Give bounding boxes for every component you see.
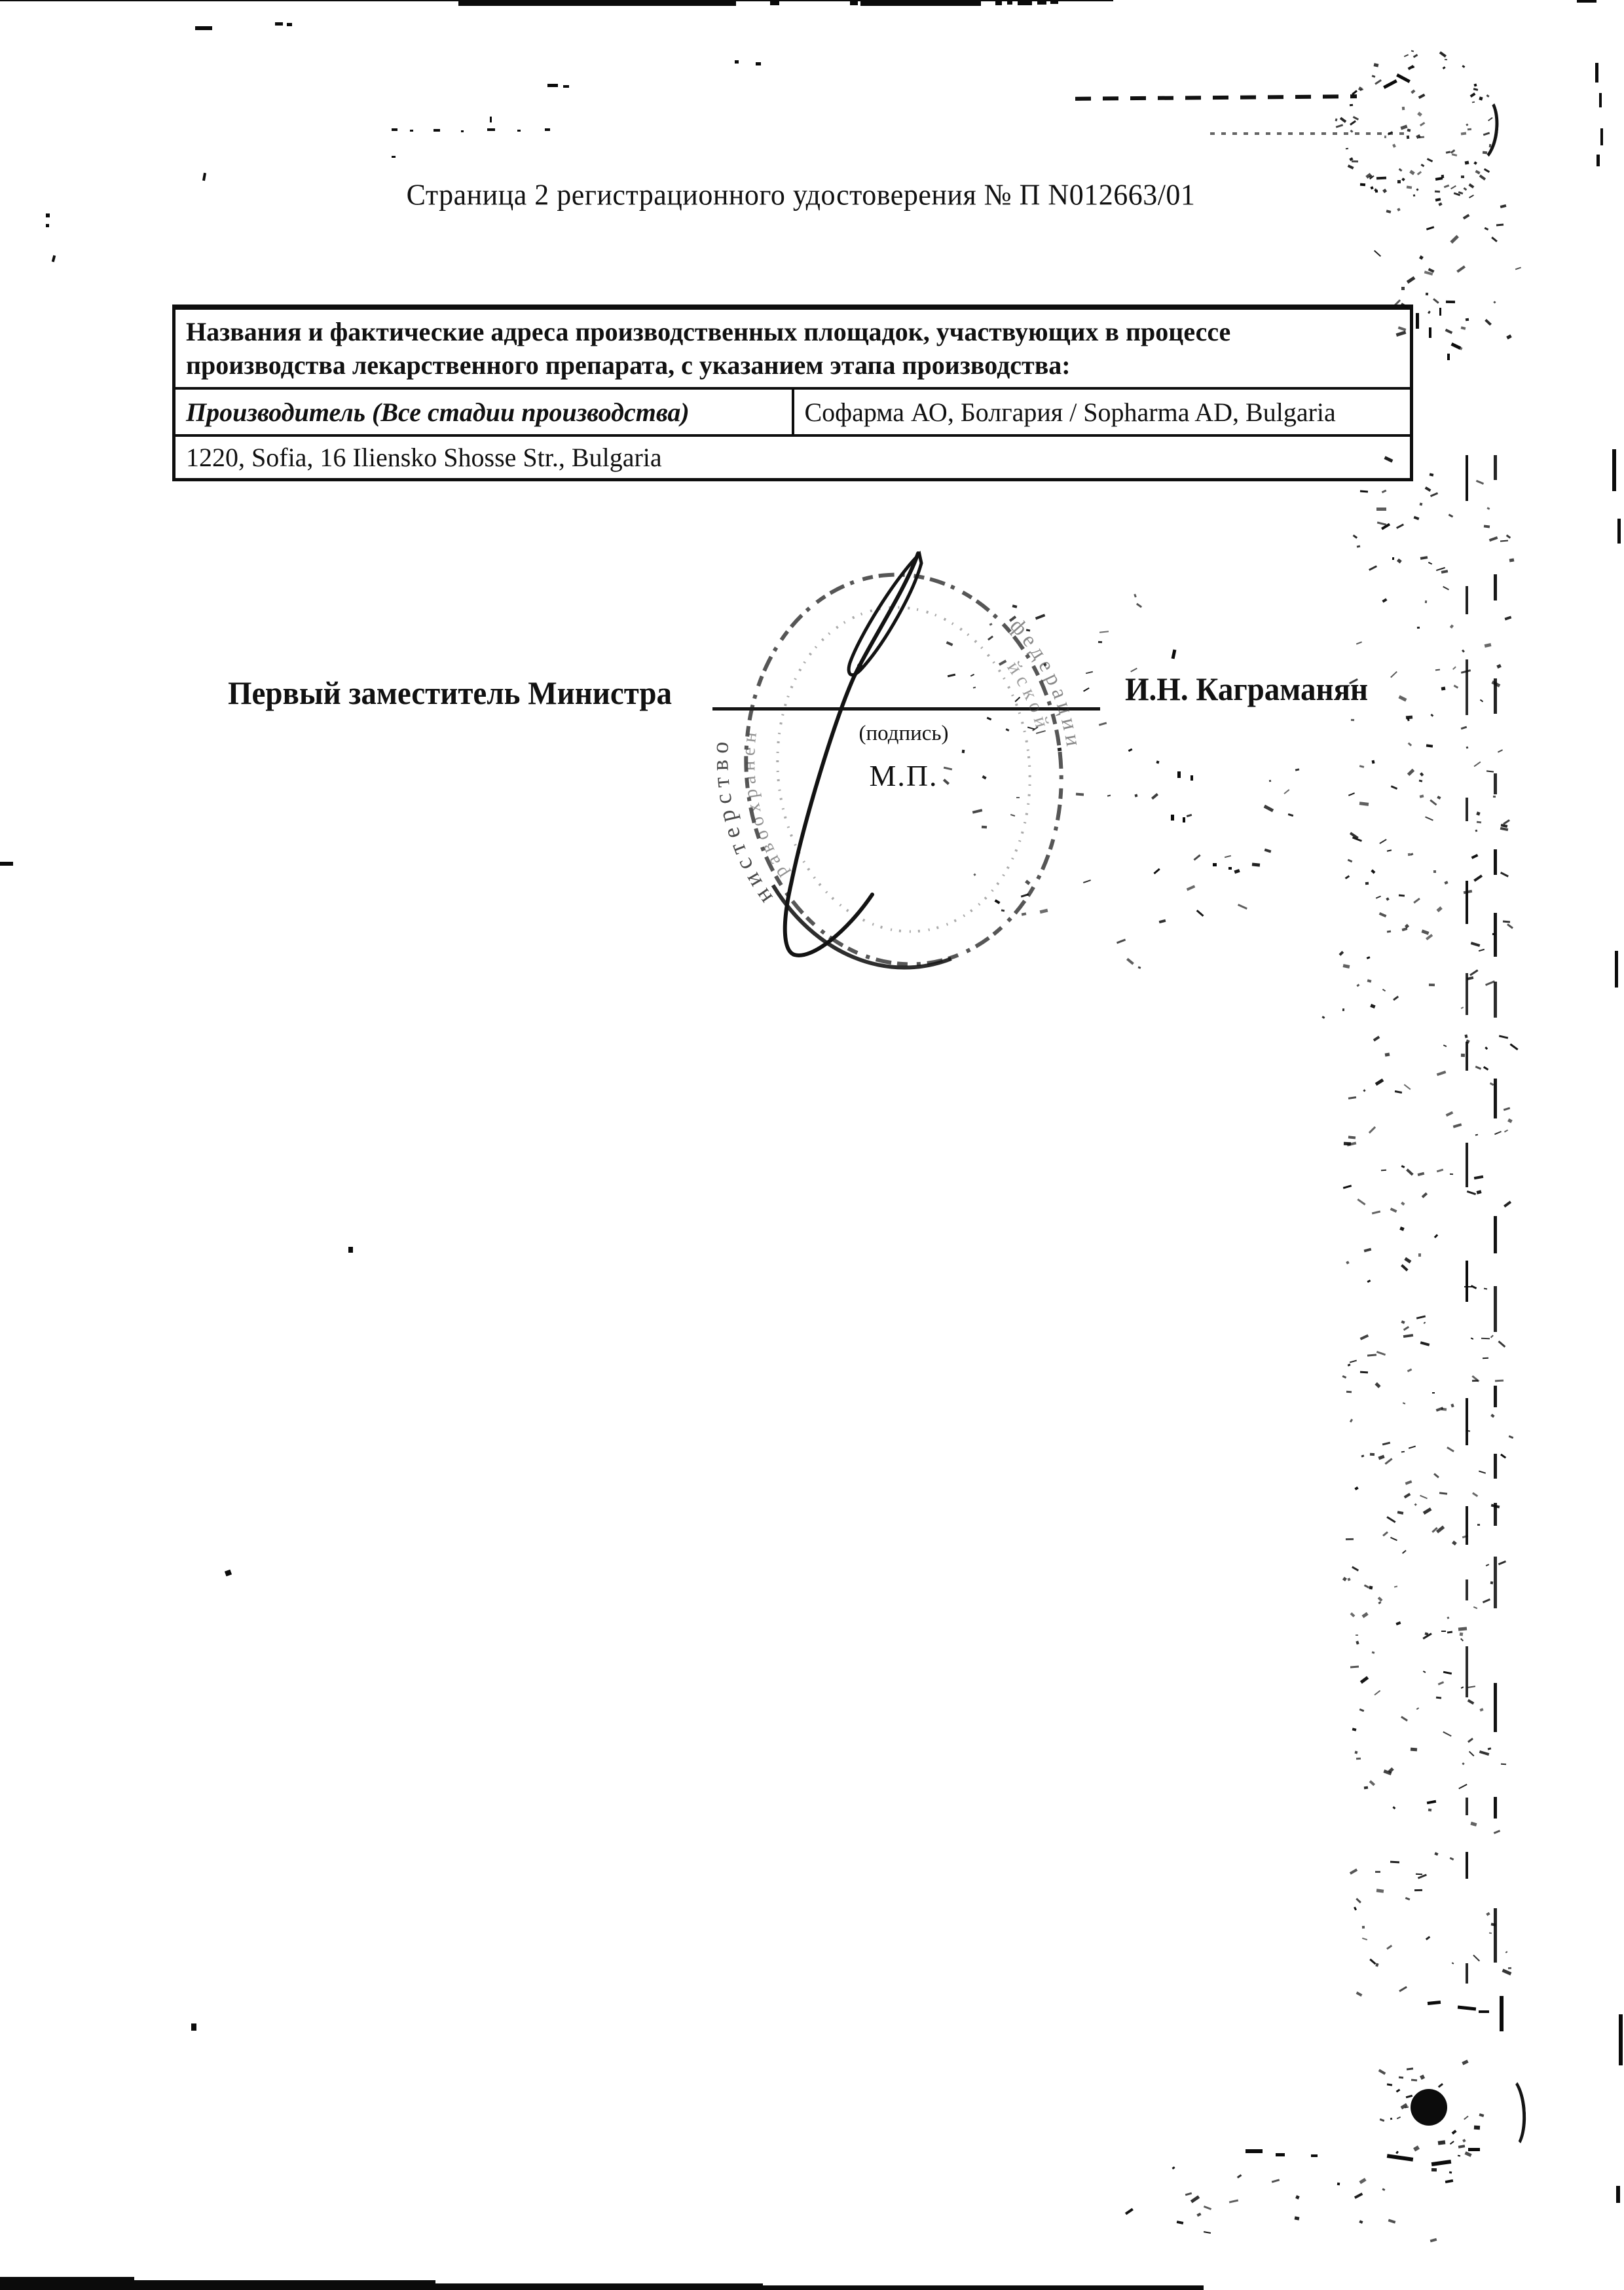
scan-noise-speck (1351, 719, 1354, 722)
scan-noise-speck (1425, 600, 1428, 604)
scan-noise-speck (1391, 785, 1397, 789)
scan-noise-speck (1464, 160, 1469, 164)
scan-noise-speck (1409, 1445, 1416, 1449)
scan-noise-speck (1371, 870, 1375, 874)
scan-noise-speck (1495, 1380, 1504, 1382)
scan-noise-speck (1443, 1731, 1452, 1737)
scan-noise-speck (1350, 1418, 1353, 1422)
scan-noise-speck (1342, 1008, 1344, 1011)
scan-noise-speck (1284, 789, 1290, 794)
scan-noise-speck (1420, 1342, 1430, 1346)
stamp-rim: нистерство равоохранен йской федерации (694, 556, 1107, 986)
scan-noise-speck (1443, 1044, 1447, 1047)
scan-noise-speck (1356, 1634, 1358, 1636)
scan-noise-speck (1467, 128, 1471, 131)
scan-noise-speck (1404, 54, 1409, 58)
scan-noise-speck (1453, 685, 1458, 688)
scan-noise-speck (1471, 1492, 1478, 1498)
scan-noise-speck (1477, 1524, 1480, 1526)
scan-noise-speck (1457, 265, 1466, 272)
scan-noise-speck (1450, 625, 1454, 629)
scan-noise-speck (1445, 58, 1448, 60)
page-title: Страница 2 регистрационного удостоверени… (0, 177, 1624, 212)
producer-value-cell: Софарма АО, Болгария / Sopharma AD, Bulg… (793, 388, 1412, 435)
scan-noise-speck (1485, 319, 1492, 325)
table-header-cell: Названия и фактические адреса производст… (174, 307, 1412, 388)
scan-noise-speck (1401, 1320, 1405, 1324)
scan-noise-speck (1453, 1123, 1462, 1128)
scan-noise-speck (1396, 1621, 1401, 1626)
scan-noise-speck (1504, 616, 1511, 620)
scan-noise-speck (1474, 874, 1483, 881)
scan-noise-arc-bottom-right (1492, 2075, 1528, 2151)
scan-noise-speck (1494, 849, 1497, 874)
scan-noise-speck (1356, 1898, 1361, 1904)
scan-noise-speck (1407, 1169, 1414, 1176)
scan-noise-speck (1452, 1962, 1454, 1965)
scan-noise-speck (1475, 1134, 1478, 1136)
scan-noise-speck (1295, 768, 1299, 771)
scan-noise-speck (1430, 800, 1437, 806)
scan-noise-speck (1615, 951, 1618, 988)
scan-noise-speck (1354, 2193, 1363, 2199)
scan-noise-speck (1466, 1852, 1468, 1879)
scan-noise-speck (1459, 1784, 1468, 1790)
scan-noise-speck (1190, 2195, 1200, 2203)
scan-noise-speck (860, 0, 981, 6)
scan-noise-speck (1037, 0, 1046, 5)
scan-noise-speck (1372, 1210, 1380, 1214)
scan-noise-speck (1398, 695, 1406, 701)
stamp-inner-ring (762, 595, 1046, 944)
scan-noise-speck (1475, 1065, 1481, 1069)
scan-noise-speck (1452, 666, 1456, 670)
scan-noise-speck (1489, 1932, 1492, 1934)
scan-noise-speck (1426, 934, 1433, 940)
scan-noise-speck (1356, 984, 1360, 987)
scan-noise-speck (1449, 1857, 1454, 1860)
scan-noise-speck (1359, 802, 1368, 805)
scan-noise-speck (1424, 487, 1431, 492)
scan-noise-speck (1382, 1442, 1390, 1446)
scan-noise-speck (1385, 1053, 1390, 1057)
scan-noise-speck (46, 224, 49, 227)
scan-noise-speck (1367, 979, 1371, 983)
scan-noise-speck (1347, 859, 1352, 863)
scan-noise-speck (1441, 570, 1448, 574)
scan-noise-speck (1463, 214, 1469, 219)
scan-noise-speck (1466, 1143, 1468, 1187)
scan-noise-speck (1485, 643, 1492, 648)
scan-noise-speck (1364, 1786, 1368, 1790)
scan-noise-speck (1450, 149, 1455, 153)
scan-noise-speck (1458, 2155, 1461, 2157)
scan-noise-speck (1414, 1889, 1422, 1891)
scan-noise-speck (0, 2277, 134, 2290)
scan-noise-speck (1359, 2178, 1367, 2184)
scan-noise-speck (1412, 194, 1415, 196)
scan-noise-speck (1405, 1480, 1412, 1485)
scan-noise-speck (1322, 1016, 1325, 1018)
scan-noise-speck (1474, 2126, 1481, 2130)
scan-noise-speck (1486, 1912, 1490, 1916)
scan-noise-speck (1371, 1651, 1374, 1653)
scan-noise-speck (1485, 227, 1489, 230)
scan-noise-speck (191, 2023, 196, 2031)
scan-noise-speck (1487, 508, 1490, 510)
scan-noise-speck (753, 2285, 1204, 2290)
scan-noise-speck (1388, 2219, 1395, 2223)
producer-row: Производитель (Все стадии производства) … (174, 388, 1412, 435)
scan-noise-speck (1439, 51, 1447, 57)
scan-noise-speck (1494, 1557, 1497, 1608)
scan-noise-speck (1428, 562, 1432, 564)
scan-noise-speck (1390, 1208, 1397, 1213)
scan-noise-speck (1441, 1408, 1447, 1411)
scan-noise-speck (1376, 176, 1386, 179)
scan-noise-speck (1395, 2089, 1400, 2093)
scan-noise-speck (1493, 796, 1496, 798)
scan-noise-speck (1411, 90, 1415, 94)
address-cell: 1220, Sofia, 16 Iliensko Shosse Str., Bu… (174, 435, 1412, 480)
scan-noise-speck (1466, 1579, 1468, 1600)
scan-noise-speck (1430, 492, 1438, 497)
scan-noise-speck (1224, 855, 1230, 859)
scan-noise-speck (1433, 1473, 1439, 1478)
scan-noise-speck (1494, 1908, 1497, 1963)
scan-noise-speck (1354, 1906, 1357, 1910)
scan-noise-speck (1246, 2149, 1263, 2153)
scan-noise-speck (1357, 1198, 1366, 1206)
scan-noise-speck (1369, 565, 1377, 571)
scan-noise-speck (1445, 881, 1449, 885)
scan-noise-speck (1437, 906, 1443, 912)
scan-noise-speck (1467, 1699, 1475, 1705)
scan-noise-speck (1437, 1169, 1443, 1173)
scan-noise-speck (1494, 1503, 1497, 1525)
scan-noise-speck (1016, 797, 1020, 798)
scan-noise-speck (1356, 1991, 1362, 1997)
scan-noise-speck (1356, 1641, 1359, 1645)
scan-noise-speck (1404, 1493, 1411, 1499)
scan-noise-speck (1432, 1392, 1435, 1394)
scan-noise-speck (1018, 0, 1032, 5)
scan-noise-speck (1616, 2186, 1620, 2203)
scan-noise-speck (1416, 313, 1419, 329)
scan-noise-speck (1403, 1326, 1409, 1331)
scan-noise-speck (1466, 586, 1468, 614)
scan-noise-speck (1376, 895, 1382, 899)
scan-noise-speck (1494, 1216, 1497, 1253)
scan-noise-speck (1350, 120, 1356, 125)
scan-noise-speck (545, 128, 550, 131)
scan-noise-speck (458, 0, 736, 6)
scan-noise-speck (1469, 970, 1478, 976)
scan-noise-speck (1479, 1750, 1489, 1756)
scan-noise-speck (195, 26, 212, 30)
scan-noise-speck (1387, 2154, 1413, 2162)
scan-noise-speck (1353, 534, 1357, 538)
scan-noise-speck (1475, 170, 1481, 175)
scan-noise-speck (1382, 1531, 1388, 1536)
scan-noise-speck (1411, 2079, 1417, 2082)
scan-noise-speck (1426, 745, 1433, 748)
scan-noise-speck (1356, 545, 1360, 547)
scan-noise-speck (1467, 1737, 1473, 1743)
scan-noise-speck (1400, 1227, 1405, 1231)
scan-noise-speck (1370, 1453, 1375, 1456)
scan-noise-speck (1311, 2154, 1318, 2157)
scan-noise-speck (1464, 2116, 1469, 2120)
scan-noise-speck (1098, 640, 1102, 642)
scan-noise-speck (1407, 718, 1409, 721)
scan-noise-speck (1376, 1351, 1386, 1356)
scan-noise-speck (1407, 128, 1411, 132)
scan-noise-speck (1295, 2196, 1299, 2200)
scan-noise-speck (1390, 671, 1397, 678)
scan-noise-speck (1612, 449, 1616, 491)
scan-noise-speck (1395, 1090, 1402, 1094)
scan-noise-speck (1386, 897, 1389, 900)
scan-noise-speck (1494, 1454, 1497, 1479)
scan-noise-speck (1412, 65, 1414, 68)
scan-noise-speck (1356, 641, 1362, 644)
scan-noise-speck (1515, 267, 1521, 270)
scan-noise-speck (1228, 2199, 1238, 2203)
scan-noise-speck (1411, 1747, 1417, 1751)
scan-noise-speck (1159, 919, 1166, 923)
scan-noise-speck (1466, 747, 1469, 749)
scan-noise-speck (1437, 2141, 1445, 2145)
scan-noise-speck (1488, 144, 1491, 147)
scan-noise-speck (1348, 792, 1354, 796)
scan-noise-speck (1500, 872, 1509, 877)
scan-noise-speck (1413, 898, 1420, 903)
scan-noise-speck (1461, 175, 1464, 178)
scan-noise-speck (1474, 762, 1481, 767)
scan-noise-speck (1363, 1089, 1367, 1092)
scan-noise-speck (1458, 2145, 1465, 2149)
scan-noise-speck (1462, 2060, 1469, 2065)
scan-noise-speck (1498, 1561, 1507, 1566)
scan-noise-speck (1352, 837, 1362, 842)
scan-noise-speck (982, 825, 987, 828)
scan-noise-speck (1426, 226, 1434, 230)
scan-noise-speck (1409, 170, 1415, 175)
scan-noise-speck (1420, 121, 1425, 126)
scan-noise-speck (1466, 881, 1468, 923)
scan-noise-speck (1434, 1234, 1439, 1238)
scan-noise-speck (1421, 929, 1429, 934)
scan-noise-speck (1596, 155, 1600, 166)
address-row: 1220, Sofia, 16 Iliensko Shosse Str., Bu… (174, 435, 1412, 480)
scan-noise-speck (1426, 158, 1432, 162)
scan-noise-speck (1466, 1191, 1475, 1195)
scan-noise-speck (1462, 1762, 1464, 1765)
scan-noise-speck (1355, 1751, 1358, 1754)
scan-noise-speck (1452, 1540, 1458, 1545)
scan-noise-speck (1484, 1288, 1487, 1290)
scan-noise-speck (1385, 1458, 1393, 1464)
scan-noise-speck (1477, 821, 1481, 824)
scan-noise-speck (1416, 1707, 1420, 1710)
scan-noise-speck (490, 117, 492, 122)
scan-noise-speck (1346, 1391, 1352, 1393)
scan-noise-speck (1371, 760, 1375, 764)
scan-noise-speck (1401, 1165, 1405, 1168)
scan-noise-speck (461, 130, 464, 132)
scan-noise-speck (1349, 103, 1352, 105)
scan-noise-speck (1171, 815, 1174, 821)
scan-noise-speck (1390, 1537, 1397, 1541)
scan-noise-speck (1380, 1169, 1386, 1171)
scan-noise-dotted-line (1210, 132, 1407, 135)
scan-noise-speck (1204, 2231, 1211, 2234)
scan-noise-speck (1407, 1368, 1412, 1372)
scan-noise-speck (1370, 1004, 1375, 1008)
scan-noise-speck (1443, 586, 1449, 591)
scan-noise-speck (1420, 1495, 1428, 1500)
scan-noise-speck (1384, 136, 1387, 138)
scan-noise-speck (1264, 848, 1272, 853)
scan-noise-speck (1509, 558, 1515, 562)
scan-noise-speck (1449, 2171, 1452, 2173)
scan-noise-speck (1172, 650, 1177, 659)
scan-noise-speck (1342, 1375, 1346, 1378)
scan-noise-speck (1474, 1175, 1484, 1179)
scan-noise-speck (1401, 287, 1404, 290)
scan-noise-speck (1501, 1763, 1506, 1765)
scan-noise-speck (1461, 1054, 1465, 1057)
scan-noise-speck (1376, 1889, 1384, 1893)
scan-noise-speck (225, 1570, 232, 1577)
scan-noise-speck (1477, 811, 1481, 815)
scan-noise-speck (1418, 780, 1422, 783)
scan-noise-speck (1367, 1280, 1371, 1283)
scan-noise-speck (1496, 664, 1501, 669)
scan-noise-speck (1406, 136, 1409, 139)
scan-noise-speck (1213, 863, 1217, 866)
scan-noise-speck (1431, 2160, 1452, 2166)
scan-noise-speck (1407, 276, 1416, 283)
scan-noise-speck (1404, 1257, 1411, 1263)
scan-noise-speck (1473, 162, 1477, 166)
scan-noise-speck (1471, 1338, 1473, 1340)
scan-noise-speck (1190, 775, 1193, 781)
scan-noise-speck (1498, 1340, 1506, 1348)
scan-noise-speck (1360, 1676, 1369, 1684)
scan-noise-speck (1483, 1357, 1488, 1359)
scan-noise-speck (1379, 912, 1387, 917)
scan-noise-speck (1408, 742, 1412, 746)
scan-noise-speck (1346, 1261, 1350, 1265)
scan-noise-speck (1342, 1577, 1347, 1581)
scan-noise-speck (1374, 250, 1381, 257)
scan-noise-speck (1375, 1690, 1381, 1696)
scan-noise-speck (1340, 117, 1346, 123)
producer-label-cell: Производитель (Все стадии производства) (174, 388, 793, 435)
scan-noise-speck (1355, 1487, 1359, 1490)
scan-noise-speck (1466, 1506, 1468, 1545)
scan-noise-speck (1429, 327, 1431, 338)
scan-noise-speck (1493, 301, 1496, 304)
scan-noise-speck (1371, 75, 1375, 79)
scan-noise-speck (1387, 1516, 1396, 1523)
scan-noise-speck (1399, 168, 1403, 172)
scan-noise-dashed-line (1075, 94, 1357, 101)
scan-noise-speck (1506, 534, 1511, 539)
scan-noise-speck (1439, 308, 1441, 316)
scan-noise-speck (1577, 0, 1596, 3)
scan-noise-speck (1351, 1566, 1358, 1571)
scan-noise-speck (1430, 473, 1434, 477)
scan-noise-speck (1359, 2220, 1363, 2223)
scan-noise-speck (1431, 2168, 1437, 2171)
scan-noise-speck (1466, 1646, 1468, 1698)
scan-noise-speck (1461, 1686, 1464, 1689)
scan-noise-speck (1466, 1042, 1468, 1070)
scan-noise-speck (1346, 148, 1348, 150)
scan-noise-speck (1438, 2083, 1444, 2088)
scan-noise-speck (1414, 1503, 1417, 1505)
scan-noise-speck (1459, 346, 1463, 350)
scan-noise-speck (1348, 1136, 1356, 1139)
scan-noise-speck (1338, 951, 1344, 956)
scan-noise-speck (1183, 817, 1185, 822)
scan-noise-speck (1446, 1111, 1454, 1117)
scan-noise-speck (1276, 2153, 1285, 2156)
scan-noise-speck (1367, 956, 1371, 959)
scan-noise-speck (1416, 1874, 1422, 1875)
scan-noise-speck (1387, 2084, 1392, 2086)
scan-noise-speck (1447, 1447, 1454, 1452)
scan-noise-speck (1360, 1371, 1368, 1373)
scan-noise-speck (1401, 1202, 1405, 1206)
scan-noise-speck (1376, 1963, 1379, 1967)
scan-noise-speck (429, 2283, 763, 2290)
scan-noise-speck (1413, 2145, 1419, 2151)
scan-noise-speck (1359, 766, 1364, 769)
scan-noise-speck (1443, 1671, 1452, 1674)
scan-noise-speck (1460, 1638, 1464, 1642)
scan-noise-speck (1392, 557, 1395, 560)
scan-noise-speck (1390, 2117, 1393, 2119)
scan-noise-speck (1494, 1286, 1497, 1332)
scan-noise-speck (995, 0, 1002, 5)
scan-noise-speck (1185, 2192, 1192, 2196)
scan-noise-speck (1479, 2010, 1489, 2013)
scan-noise-speck (1483, 1598, 1491, 1604)
black-ink-dot (1411, 2089, 1447, 2126)
scan-noise-speck (1402, 1550, 1407, 1554)
scan-noise-speck (1433, 870, 1436, 873)
scan-noise-speck (1397, 2116, 1401, 2120)
scan-noise-speck (1441, 1631, 1446, 1632)
scan-noise-speck (1460, 1633, 1463, 1636)
scan-noise-speck (1352, 160, 1358, 162)
scan-noise-speck (1420, 2075, 1425, 2080)
scan-noise-speck (1488, 1747, 1492, 1750)
scan-noise-speck (1367, 1354, 1376, 1356)
scan-noise-speck (1473, 83, 1477, 86)
scan-noise-speck (1458, 1627, 1467, 1631)
scan-noise-speck (1447, 354, 1450, 360)
scan-noise-speck (1379, 839, 1386, 844)
scan-noise-speck (1373, 1036, 1380, 1042)
scan-noise-speck (1365, 882, 1369, 885)
scan-noise-speck (735, 60, 739, 64)
scan-noise-speck (1401, 125, 1408, 130)
